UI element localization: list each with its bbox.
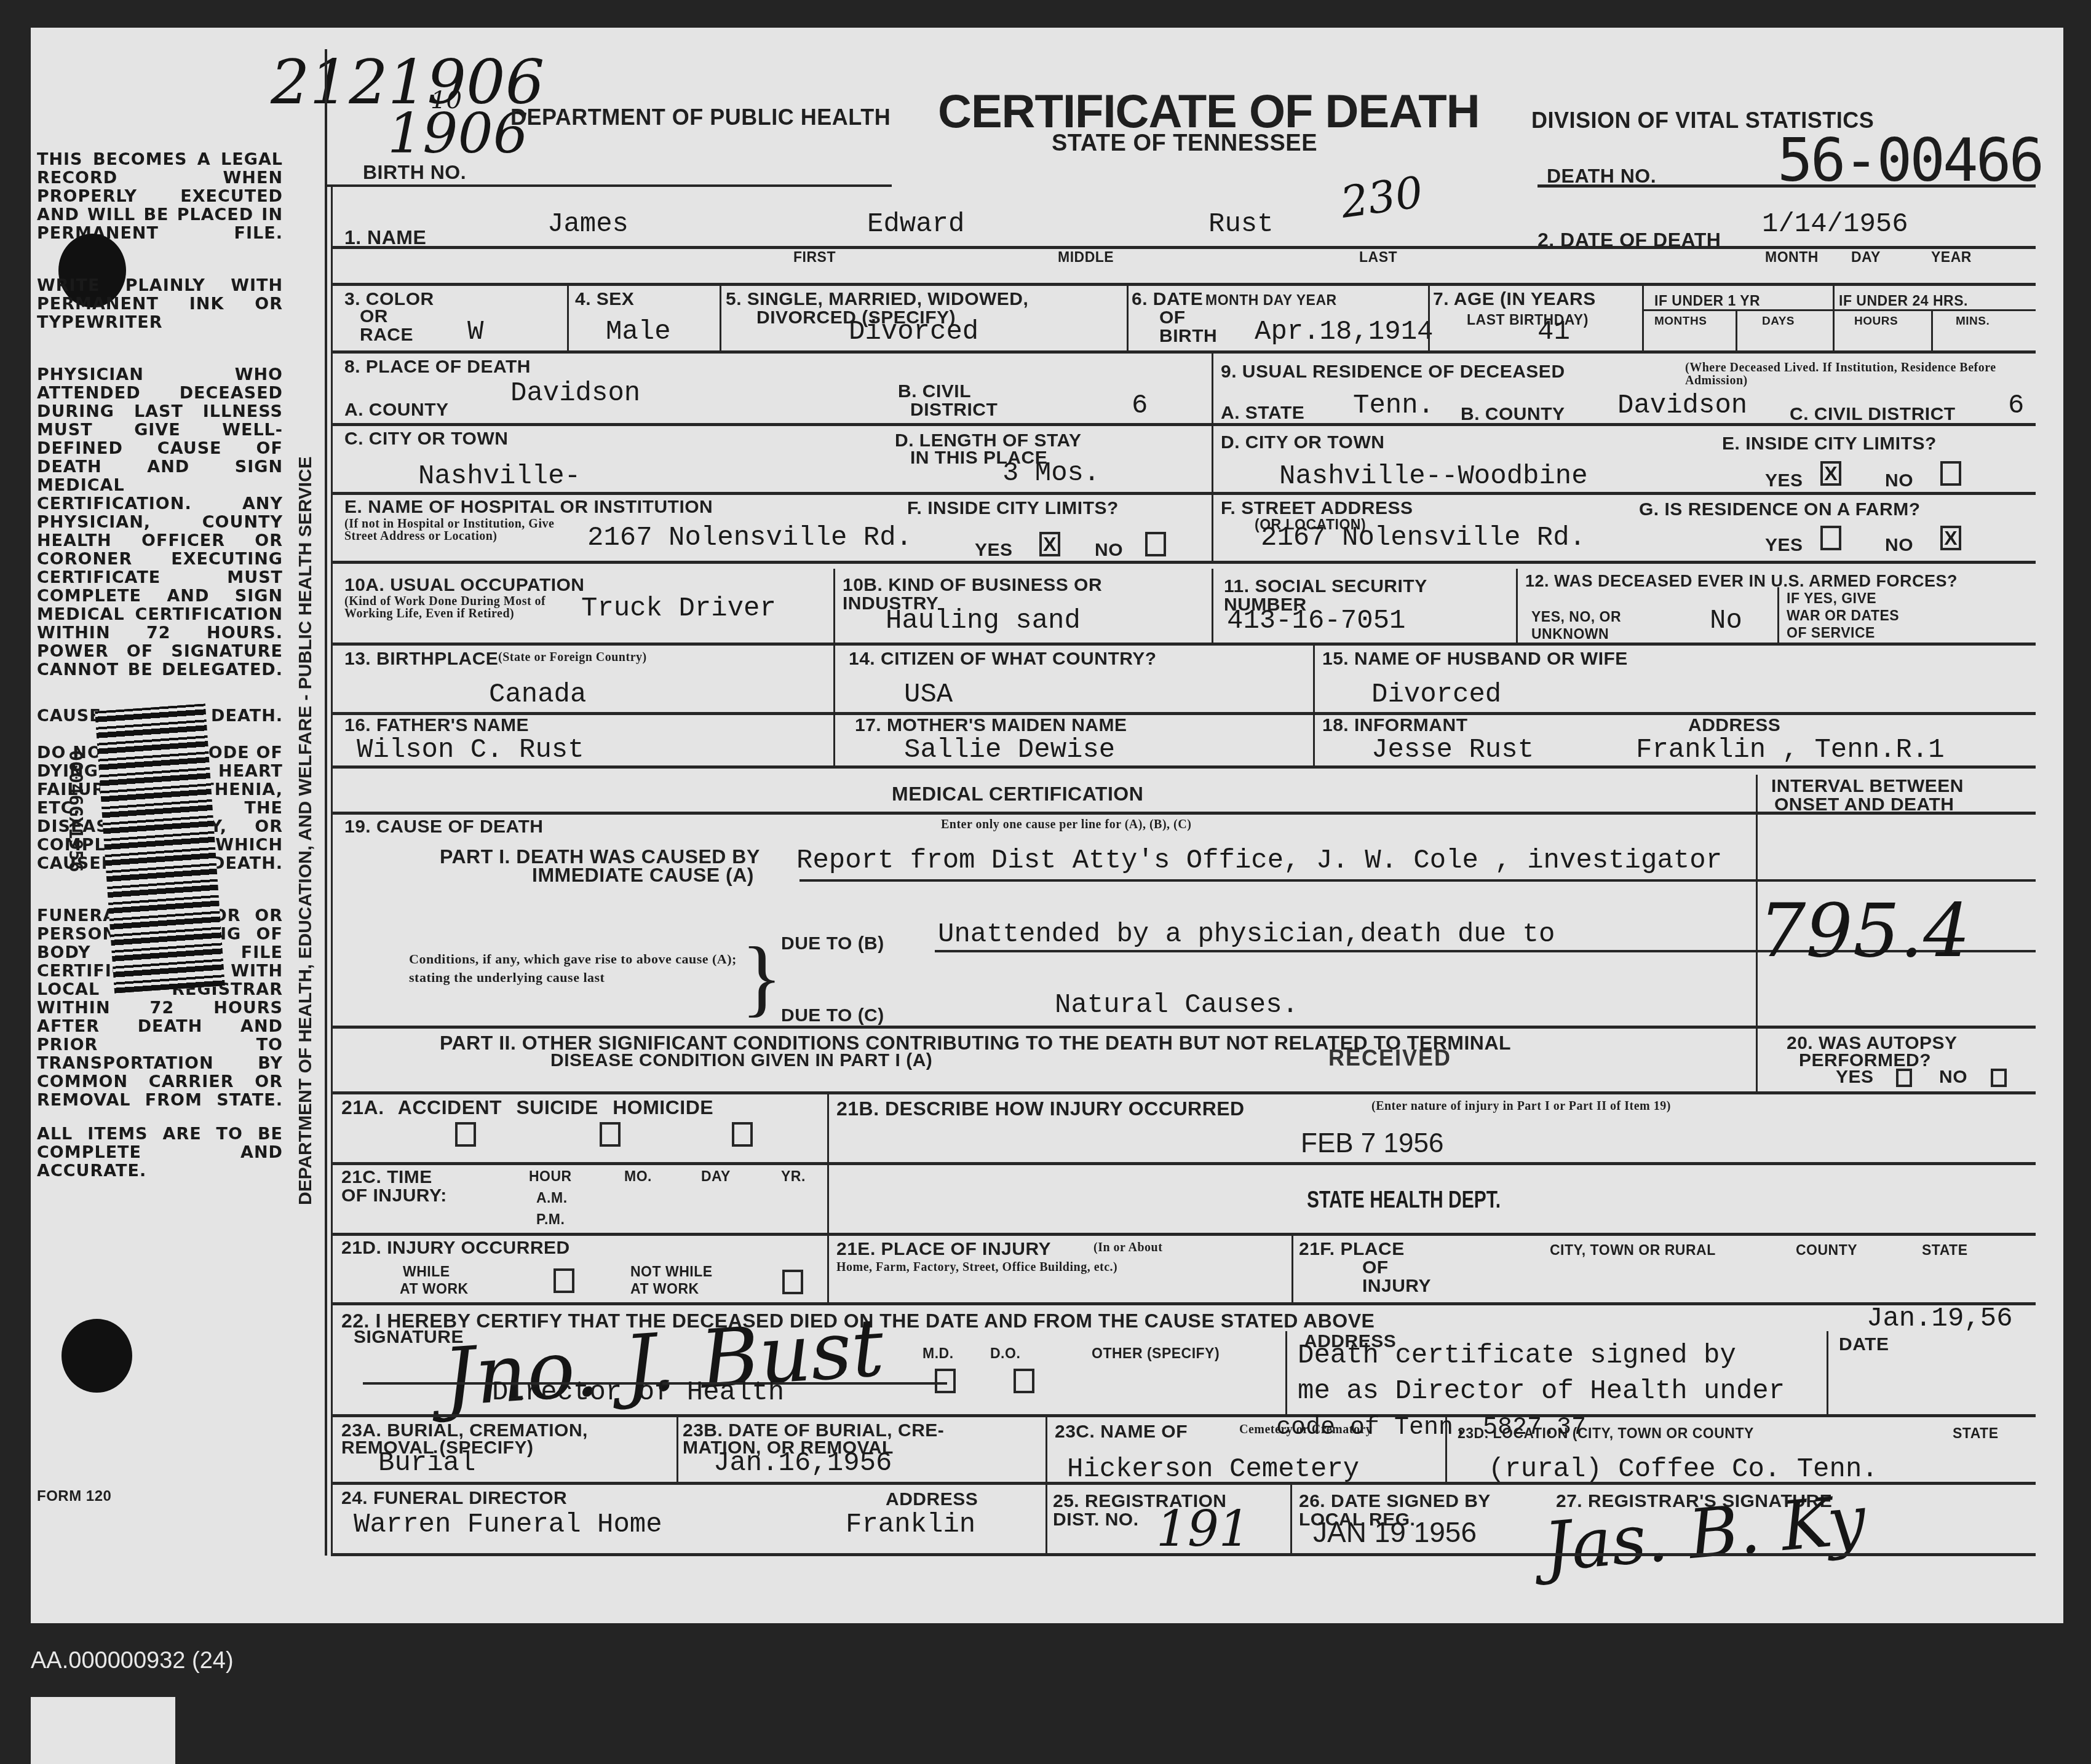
received-date-stamp: FEB 7 1956	[1301, 1128, 1443, 1159]
occupation-value: Truck Driver	[581, 593, 776, 624]
barcode-number: 00046GX1956	[65, 750, 86, 872]
place-of-injury-injury-label: INJURY	[1362, 1276, 1431, 1297]
do-label: D.O.	[990, 1345, 1020, 1362]
place-of-injury-note: (In or About	[1093, 1241, 1162, 1255]
marital-status-value: Divorced	[849, 317, 978, 347]
armed-forces-value: No	[1710, 606, 1742, 636]
death-county-label: A. COUNTY	[344, 400, 449, 421]
describe-injury-label: 21B. DESCRIBE HOW INJURY OCCURRED	[836, 1098, 1245, 1120]
residence-limits-yes-label: YES	[1765, 470, 1803, 491]
residence-county-value: Davidson	[1617, 390, 1747, 421]
hospital-note: (If not in Hospital or Institution, Give…	[344, 518, 572, 542]
occupation-label: 10A. USUAL OCCUPATION	[344, 575, 585, 596]
interval-label: INTERVAL BETWEEN	[1771, 776, 1964, 797]
age-value: 41	[1537, 317, 1570, 347]
write-plainly-notice: WRITE PLAINLY WITH PERMANENT INK OR TYPE…	[37, 277, 283, 332]
residence-city-value: Nashville--Woodbine	[1279, 461, 1588, 492]
first-label: FIRST	[793, 249, 836, 266]
department-heading: DEPARTMENT OF PUBLIC HEALTH	[510, 105, 891, 130]
birthplace-label: 13. BIRTHPLACE	[344, 649, 498, 670]
sex-label: 4. SEX	[575, 289, 634, 310]
spouse-value: Divorced	[1371, 679, 1501, 710]
injury-occurred-label: 21D. INJURY OCCURRED	[341, 1238, 570, 1259]
street-address-value: 2167 Nolensville Rd.	[1261, 523, 1585, 553]
not-while-at-work-label-2: AT WORK	[630, 1281, 699, 1297]
funeral-address-label: ADDRESS	[886, 1489, 978, 1510]
received-stamp: RECEIVED	[1328, 1045, 1451, 1071]
middle-label: MIDDLE	[1058, 249, 1114, 266]
homicide-checkbox[interactable]	[732, 1122, 753, 1147]
place-of-injury-of-label: OF	[1362, 1257, 1389, 1278]
hour-label: HOUR	[529, 1168, 572, 1185]
cause-code: 795.4	[1759, 888, 1970, 974]
farm-label: G. IS RESIDENCE ON A FARM?	[1639, 499, 1920, 520]
armed-if-yes-label: IF YES, GIVE	[1787, 590, 1876, 607]
state-health-dept-stamp: STATE HEALTH DEPT.	[1307, 1187, 1501, 1214]
burial-date-value: Jan.16,1956	[713, 1448, 892, 1479]
funeral-address-value: Franklin	[846, 1509, 975, 1540]
while-at-work-label-2: AT WORK	[400, 1281, 469, 1297]
hospital-label: E. NAME OF HOSPITAL OR INSTITUTION	[344, 497, 713, 518]
citizen-label: 14. CITIZEN OF WHAT COUNTRY?	[849, 649, 1157, 670]
color-reference-patch	[31, 1697, 175, 1764]
burial-method-value: Burial	[378, 1448, 475, 1479]
race-label: RACE	[360, 325, 413, 346]
cause-b-value: Unattended by a physician,death due to	[938, 919, 1555, 950]
mins-label: MINS.	[1956, 315, 1990, 328]
dob-birth-label: BIRTH	[1159, 326, 1217, 347]
residence-limits-yes-checkbox[interactable]: X	[1820, 461, 1841, 486]
mo-label: MO.	[624, 1168, 652, 1185]
death-limits-no-checkbox[interactable]	[1145, 532, 1166, 556]
funeral-director-label: 24. FUNERAL DIRECTOR	[341, 1488, 567, 1509]
armed-service-label: OF SERVICE	[1787, 625, 1875, 641]
pm-label: P.M.	[536, 1211, 565, 1228]
dob-of-label: OF	[1159, 307, 1186, 328]
residence-note: (Where Deceased Lived. If Institution, R…	[1685, 362, 2029, 387]
residence-county-label: B. COUNTY	[1461, 404, 1565, 425]
death-limits-yes-label: YES	[975, 540, 1013, 561]
funeral-director-value: Warren Funeral Home	[354, 1509, 662, 1540]
business-label: 10B. KIND OF BUSINESS OR	[843, 575, 1102, 596]
under-24hrs-label: IF UNDER 24 HRS.	[1839, 293, 1968, 309]
manner-label: 21A. ACCIDENT SUICIDE HOMICIDE	[341, 1096, 713, 1119]
while-at-work-label: WHILE	[403, 1264, 450, 1280]
autopsy-no-label: NO	[1939, 1067, 1967, 1088]
do-checkbox[interactable]	[1014, 1369, 1034, 1393]
due-to-b-label: DUE TO (B)	[781, 933, 884, 954]
hospital-value: 2167 Nolensville Rd.	[587, 523, 912, 553]
enter-one-cause-note: Enter only one cause per line for (A), (…	[941, 818, 1191, 832]
age-label: 7. AGE (IN YEARS	[1433, 289, 1596, 310]
injury-county-label: COUNTY	[1796, 1242, 1857, 1259]
registration-district-label-2: DIST. NO.	[1053, 1509, 1139, 1530]
residence-state-value: Tenn.	[1353, 390, 1434, 421]
mother-label: 17. MOTHER'S MAIDEN NAME	[855, 715, 1127, 736]
age-last-birthday-label: LAST BIRTHDAY)	[1467, 312, 1589, 328]
dob-label: 6. DATE	[1132, 289, 1203, 310]
date-signed-label: 26. DATE SIGNED BY	[1299, 1491, 1491, 1512]
birthplace-value: Canada	[489, 679, 586, 710]
months-label: MONTHS	[1654, 315, 1707, 328]
civil-district-label: B. CIVIL	[898, 381, 971, 402]
month-label: MONTH	[1765, 249, 1819, 266]
injury-state-label: STATE	[1922, 1242, 1967, 1259]
name-first: James	[547, 209, 629, 240]
civil-district-value: 6	[1132, 390, 1148, 421]
birth-no-label: BIRTH NO.	[363, 161, 466, 184]
death-city-label: C. CITY OR TOWN	[344, 429, 508, 449]
days-label: DAYS	[1762, 315, 1795, 328]
birthplace-note: (State or Foreign Country)	[498, 651, 647, 665]
place-of-death-label: 8. PLACE OF DEATH	[344, 357, 531, 378]
date-signed-value: JAN 19 1956	[1313, 1516, 1477, 1549]
informant-label: 18. INFORMANT	[1322, 715, 1468, 736]
name-middle: Edward	[867, 209, 964, 240]
place-of-injury-note-2: Home, Farm, Factory, Street, Office Buil…	[836, 1260, 1117, 1275]
farm-yes-checkbox[interactable]	[1820, 526, 1841, 550]
father-value: Wilson C. Rust	[357, 735, 584, 765]
certify-date-label: DATE	[1839, 1334, 1889, 1355]
autopsy-no-checkbox[interactable]	[1991, 1069, 2007, 1087]
registration-district-value: 191	[1156, 1500, 1250, 1557]
ssn-value: 413-16-7051	[1227, 606, 1405, 636]
business-value: Hauling sand	[886, 606, 1081, 636]
residence-label: 9. USUAL RESIDENCE OF DECEASED	[1221, 362, 1565, 382]
day-label: DAY	[701, 1168, 731, 1185]
death-limits-yes-checkbox[interactable]: X	[1039, 532, 1060, 556]
occupation-note: (Kind of Work Done During Most of Workin…	[344, 595, 566, 620]
certifier-address-line1: Death certificate signed by	[1298, 1340, 1736, 1371]
residence-limits-no-checkbox[interactable]	[1940, 461, 1961, 486]
residence-inside-limits-label: E. INSIDE CITY LIMITS?	[1722, 433, 1937, 454]
burial-state-label: STATE	[1953, 1425, 1998, 1442]
handwritten-ref-year: 1906	[387, 101, 528, 166]
ssn-label: 11. SOCIAL SECURITY	[1224, 576, 1427, 597]
civil-district-label-2: DISTRICT	[910, 400, 998, 421]
due-to-c-label: DUE TO (C)	[781, 1005, 884, 1026]
other-specify-label: OTHER (SPECIFY)	[1092, 1345, 1220, 1362]
year-label: YEAR	[1931, 249, 1972, 266]
md-label: M.D.	[922, 1345, 954, 1362]
bracket-icon: }	[741, 935, 782, 1021]
not-while-at-work-label: NOT WHILE	[630, 1264, 713, 1280]
am-label: A.M.	[536, 1190, 568, 1206]
armed-forces-label: 12. WAS DECEASED EVER IN U.S. ARMED FORC…	[1525, 572, 1958, 591]
residence-limits-no-label: NO	[1885, 470, 1913, 491]
complete-accurate-notice: ALL ITEMS ARE TO BE COMPLETE AND ACCURAT…	[37, 1125, 283, 1181]
autopsy-yes-checkbox[interactable]	[1896, 1069, 1912, 1087]
street-address-label: F. STREET ADDRESS	[1221, 498, 1413, 519]
cemetery-value: Hickerson Cemetery	[1067, 1454, 1359, 1485]
residence-city-label: D. CITY OR TOWN	[1221, 432, 1384, 453]
yr-label: YR.	[781, 1168, 806, 1185]
death-county-value: Davidson	[510, 378, 640, 409]
punch-hole	[61, 1319, 132, 1393]
citizen-value: USA	[904, 679, 953, 710]
spouse-label: 15. NAME OF HUSBAND OR WIFE	[1322, 649, 1628, 670]
marital-status-label: 5. SINGLE, MARRIED, WIDOWED,	[726, 289, 1028, 310]
signature-title: Director of Health	[492, 1377, 784, 1408]
burial-location-value: (rural) Coffee Co. Tenn.	[1488, 1454, 1878, 1485]
armed-forces-unknown-label: UNKNOWN	[1531, 626, 1609, 643]
physician-notice: PHYSICIAN WHO ATTENDED DECEASED DURING L…	[37, 366, 283, 679]
injury-city-label: CITY, TOWN OR RURAL	[1550, 1242, 1716, 1259]
residence-civil-district-label: C. CIVIL DISTRICT	[1790, 404, 1956, 425]
death-inside-limits-label: F. INSIDE CITY LIMITS?	[907, 498, 1119, 519]
form-number: FORM 120	[37, 1488, 111, 1505]
dob-columns-label: MONTH DAY YEAR	[1205, 292, 1337, 309]
death-city-value: Nashville-	[418, 461, 581, 492]
describe-injury-note: (Enter nature of injury in Part I or Par…	[1371, 1099, 1671, 1113]
certify-date-value: Jan.19,56	[1867, 1303, 2013, 1334]
date-of-death-value: 1/14/1956	[1762, 209, 1908, 240]
immediate-cause-label: IMMEDIATE CAUSE (A)	[532, 864, 754, 887]
farm-no-checkbox[interactable]: X	[1940, 526, 1961, 550]
mother-value: Sallie Dewise	[904, 735, 1115, 765]
medical-certification-heading: MEDICAL CERTIFICATION	[892, 783, 1143, 805]
farm-yes-label: YES	[1765, 535, 1803, 556]
not-while-at-work-checkbox[interactable]	[782, 1270, 803, 1294]
md-checkbox[interactable]	[935, 1369, 956, 1393]
autopsy-yes-label: YES	[1836, 1067, 1874, 1088]
color-label: 3. COLOR	[344, 289, 434, 310]
hours-label: HOURS	[1854, 315, 1898, 328]
informant-value: Jesse Rust	[1371, 735, 1534, 765]
cause-a-value: Report from Dist Atty's Office, J. W. Co…	[796, 845, 1722, 876]
residence-state-label: A. STATE	[1221, 403, 1304, 424]
burial-location-label: 23D. LOCATION (CITY, TOWN OR COUNTY	[1458, 1425, 1754, 1442]
cause-c-value: Natural Causes.	[1055, 990, 1298, 1021]
farm-no-label: NO	[1885, 535, 1913, 556]
cemetery-label: 23C. NAME OF	[1055, 1422, 1188, 1442]
informant-address-label: ADDRESS	[1688, 715, 1780, 736]
accident-checkbox[interactable]	[455, 1122, 476, 1147]
time-of-injury-label-2: OF INJURY:	[341, 1185, 447, 1206]
armed-forces-sub-label: YES, NO, OR	[1531, 609, 1621, 625]
suicide-checkbox[interactable]	[600, 1122, 621, 1147]
archive-caption: AA.000000932 (24)	[31, 1648, 234, 1674]
certifier-address-line2: me as Director of Health under	[1298, 1376, 1785, 1407]
informant-address-value: Franklin , Tenn.R.1	[1636, 735, 1945, 765]
residence-civil-district-value: 6	[2008, 390, 2024, 421]
father-label: 16. FATHER'S NAME	[344, 715, 529, 736]
place-of-injury-label: 21E. PLACE OF INJURY	[836, 1239, 1051, 1260]
last-label: LAST	[1359, 249, 1397, 266]
place-of-injury-f-label: 21F. PLACE	[1299, 1239, 1405, 1260]
vertical-department-text: DEPARTMENT OF HEALTH, EDUCATION, AND WEL…	[295, 456, 316, 1205]
dob-value: Apr.18,1914	[1255, 317, 1433, 347]
day-label: DAY	[1851, 249, 1881, 266]
while-at-work-checkbox[interactable]	[553, 1268, 574, 1293]
barcode	[95, 703, 225, 993]
conditions-note: Conditions, if any, which gave rise to a…	[409, 950, 753, 987]
part2-label-2: DISEASE CONDITION GIVEN IN PART I (A)	[550, 1050, 932, 1071]
death-limits-no-label: NO	[1095, 540, 1123, 561]
color-or-label: OR	[360, 306, 388, 327]
length-of-stay-value: 3 Mos.	[1002, 458, 1100, 489]
state-heading: STATE OF TENNESSEE	[1052, 130, 1317, 157]
armed-war-label: WAR OR DATES	[1787, 607, 1899, 624]
time-of-injury-label: 21C. TIME	[341, 1167, 432, 1188]
name-last: Rust	[1208, 209, 1274, 240]
legal-record-notice: THIS BECOMES A LEGAL RECORD WHEN PROPERL…	[37, 151, 283, 243]
race-value: W	[467, 317, 483, 347]
cause-of-death-label: 19. CAUSE OF DEATH	[344, 817, 544, 837]
sex-value: Male	[606, 317, 671, 347]
under-1yr-label: IF UNDER 1 YR	[1654, 293, 1760, 309]
